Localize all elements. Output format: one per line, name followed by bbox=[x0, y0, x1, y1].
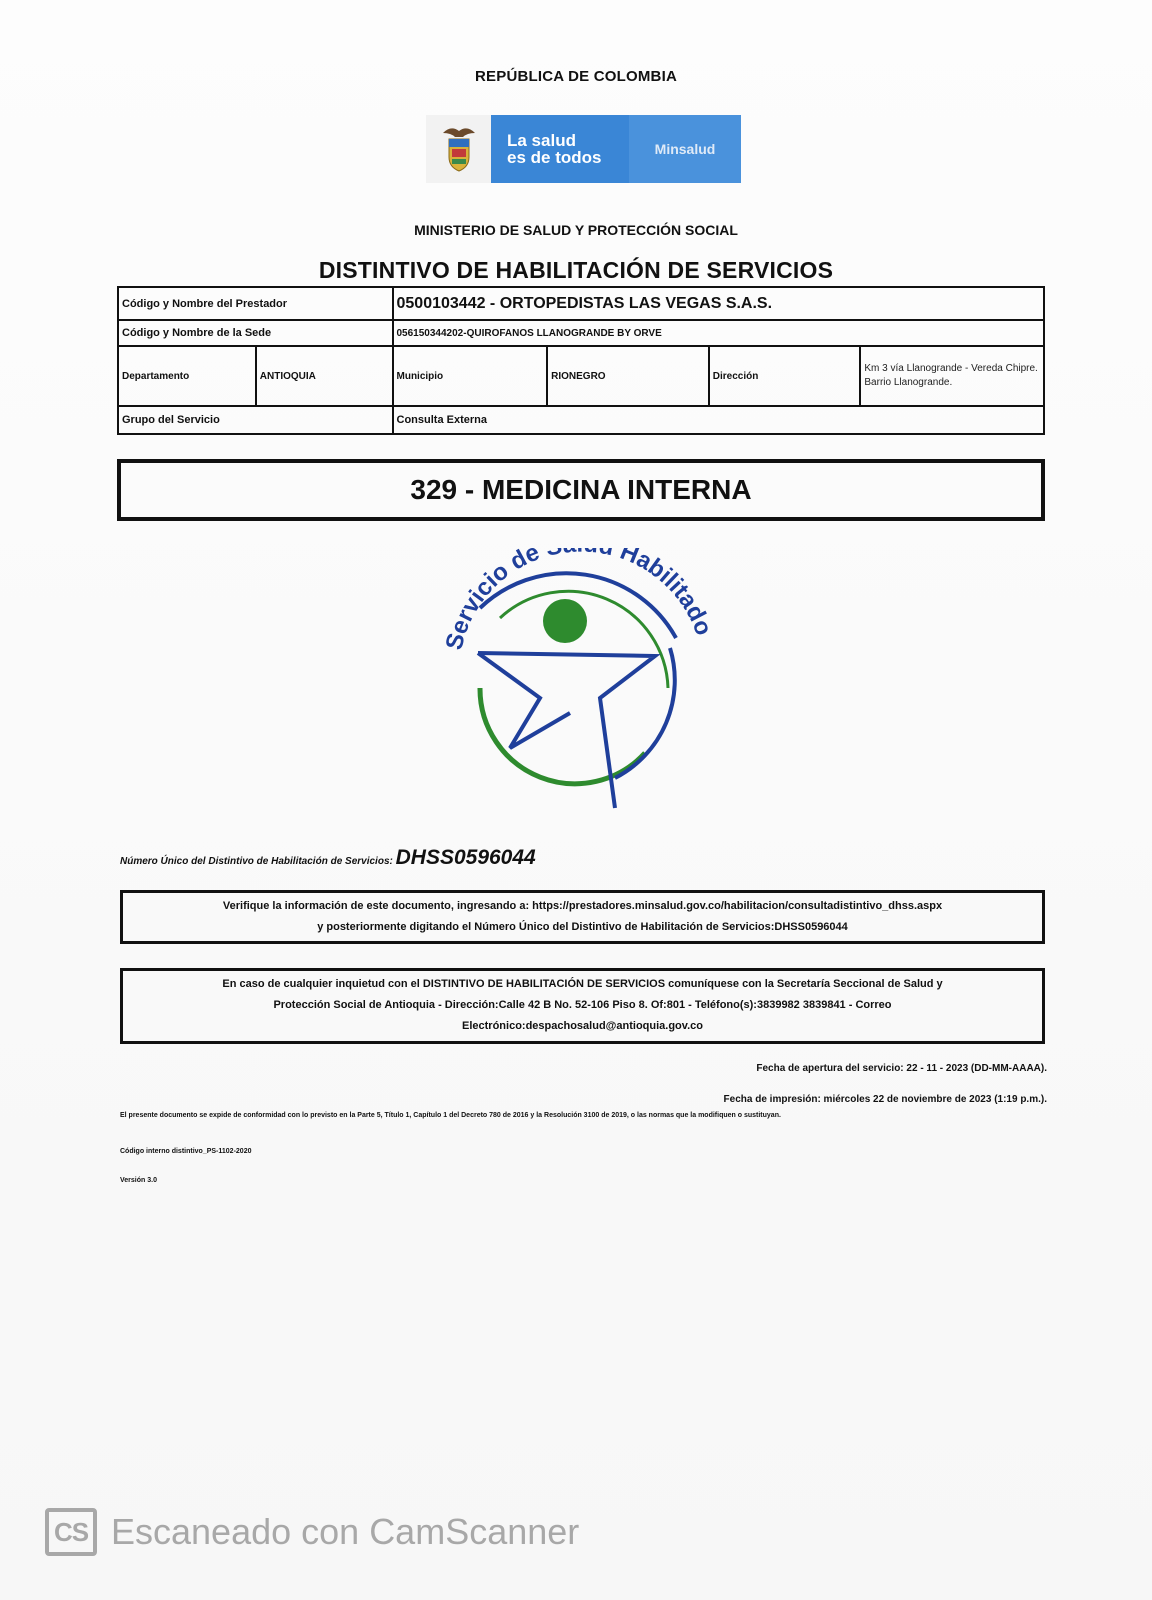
internal-code: Código interno distintivo_PS-1102-2020 bbox=[120, 1148, 251, 1155]
site-value: 056150344202-QUIROFANOS LLANOGRANDE BY O… bbox=[393, 320, 1045, 346]
service-group-label: Grupo del Servicio bbox=[118, 406, 393, 434]
table-row: Código y Nombre del Prestador 0500103442… bbox=[118, 287, 1044, 320]
slogan-line-2: es de todos bbox=[507, 149, 617, 166]
service-group-value: Consulta Externa bbox=[393, 406, 1045, 434]
camscanner-watermark: CS Escaneado con CamScanner bbox=[45, 1508, 579, 1556]
municipality-label: Municipio bbox=[393, 346, 548, 406]
site-label: Código y Nombre de la Sede bbox=[118, 320, 393, 346]
verification-box: Verifique la información de este documen… bbox=[120, 890, 1045, 944]
contact-line-2: Protección Social de Antioquia - Direcci… bbox=[129, 995, 1036, 1016]
contact-line-1: En caso de cualquier inquietud con el DI… bbox=[129, 974, 1036, 995]
slogan: La salud es de todos bbox=[507, 132, 617, 166]
document-page: REPÚBLICA DE COLOMBIA La salud es de tod… bbox=[0, 0, 1152, 1600]
country-heading: REPÚBLICA DE COLOMBIA bbox=[0, 68, 1152, 85]
distinctive-label: Número Único del Distintivo de Habilitac… bbox=[120, 856, 393, 867]
document-title: DISTINTIVO DE HABILITACIÓN DE SERVICIOS bbox=[0, 257, 1152, 284]
verification-line-2: y posteriormente digitando el Número Úni… bbox=[129, 917, 1036, 938]
contact-box: En caso de cualquier inquietud con el DI… bbox=[120, 968, 1045, 1044]
provider-value: 0500103442 - ORTOPEDISTAS LAS VEGAS S.A.… bbox=[393, 287, 1045, 320]
habilitated-health-service-seal-icon: Servicio de Salud Habilitado bbox=[440, 548, 720, 828]
slogan-line-1: La salud bbox=[507, 132, 617, 149]
camscanner-logo-icon: CS bbox=[45, 1508, 97, 1556]
service-opening-date: Fecha de apertura del servicio: 22 - 11 … bbox=[756, 1063, 1047, 1074]
table-row: Departamento ANTIOQUIA Municipio RIONEGR… bbox=[118, 346, 1044, 406]
department-value: ANTIOQUIA bbox=[256, 346, 393, 406]
address-label: Dirección bbox=[709, 346, 861, 406]
municipality-value: RIONEGRO bbox=[547, 346, 709, 406]
provider-info-table: Código y Nombre del Prestador 0500103442… bbox=[117, 286, 1045, 435]
minsalud-brand-banner: La salud es de todos Minsalud bbox=[426, 115, 741, 183]
service-name-box: 329 - MEDICINA INTERNA bbox=[117, 459, 1045, 521]
table-row: Grupo del Servicio Consulta Externa bbox=[118, 406, 1044, 434]
ministry-heading: MINISTERIO DE SALUD Y PROTECCIÓN SOCIAL bbox=[0, 222, 1152, 238]
service-name: 329 - MEDICINA INTERNA bbox=[410, 474, 751, 506]
version-label: Versión 3.0 bbox=[120, 1177, 157, 1184]
distinctive-code: DHSS0596044 bbox=[396, 846, 536, 869]
address-value: Km 3 vía Llanogrande - Vereda Chipre. Ba… bbox=[860, 346, 1044, 406]
watermark-text: Escaneado con CamScanner bbox=[111, 1511, 579, 1553]
minsalud-label: Minsalud bbox=[629, 115, 741, 183]
print-date: Fecha de impresión: miércoles 22 de novi… bbox=[724, 1094, 1047, 1105]
slogan-banner: La salud es de todos Minsalud bbox=[491, 115, 741, 183]
legal-notice: El presente documento se expide de confo… bbox=[120, 1112, 781, 1119]
department-label: Departamento bbox=[118, 346, 256, 406]
contact-line-3: Electrónico:despachosalud@antioquia.gov.… bbox=[129, 1016, 1036, 1037]
provider-label: Código y Nombre del Prestador bbox=[118, 287, 393, 320]
distinctive-number-line: Número Único del Distintivo de Habilitac… bbox=[120, 846, 536, 870]
colombia-coat-of-arms-icon bbox=[426, 115, 491, 183]
verification-line-1: Verifique la información de este documen… bbox=[129, 896, 1036, 917]
table-row: Código y Nombre de la Sede 056150344202-… bbox=[118, 320, 1044, 346]
